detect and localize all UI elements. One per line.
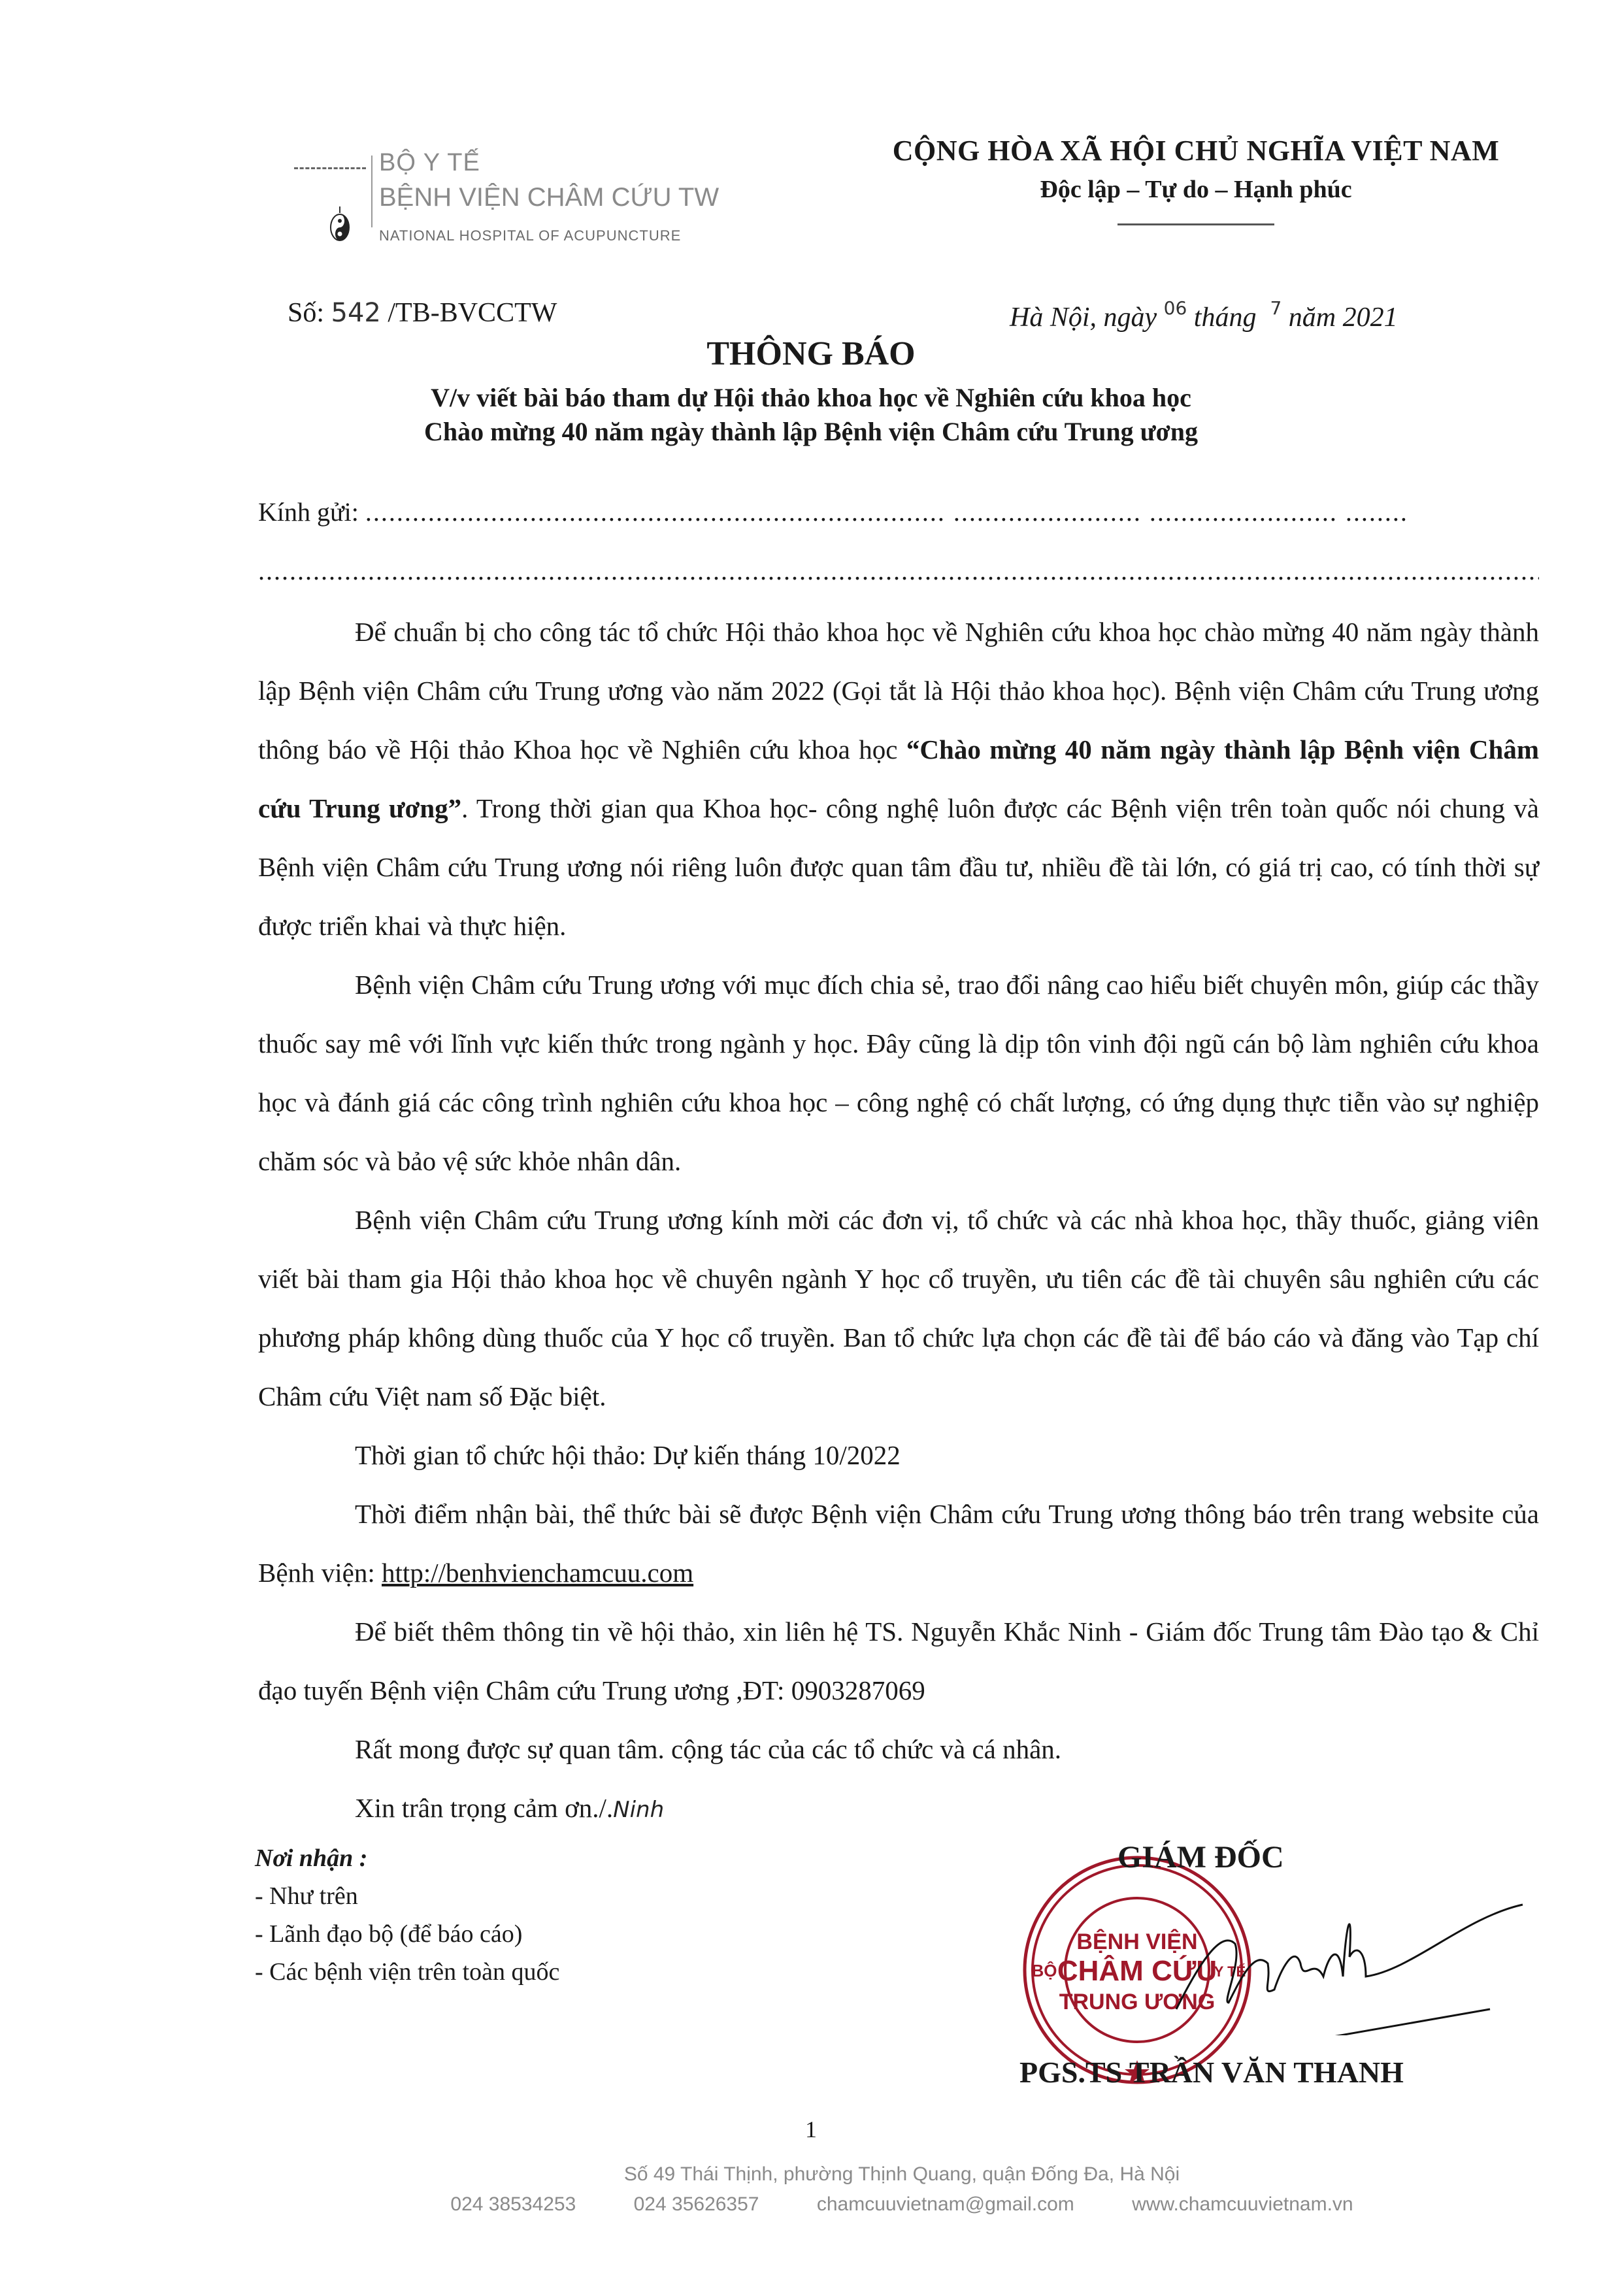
footer-phone: 024 38534253: [450, 2193, 576, 2215]
document-body: Để chuẩn bị cho công tác tổ chức Hội thả…: [258, 602, 1539, 1839]
yin-yang-icon: [328, 206, 352, 242]
date-month: 7: [1270, 297, 1282, 319]
hospital-logo-block: BỘ Y TẾ BỆNH VIỆN CHÂM CỨU TW NATIONAL H…: [288, 149, 745, 254]
number-label: Số:: [288, 298, 324, 328]
recipient-line: Kính gửi: ..............................…: [258, 497, 1408, 527]
page-footer: Số 49 Thái Thịnh, phường Thịnh Quang, qu…: [248, 2159, 1555, 2220]
logo-separator: [371, 156, 372, 227]
ministry-name: BỘ Y TẾ: [379, 149, 480, 177]
footer-email: chamcuuvietnam@gmail.com: [817, 2193, 1074, 2215]
paragraph-2: Bệnh viện Châm cứu Trung ương với mục đí…: [258, 955, 1539, 1190]
svg-text:BỘ: BỘ: [1032, 1961, 1057, 1980]
distribution-list: Nơi nhận : - Như trên - Lãnh đạo bộ (để …: [255, 1839, 559, 1991]
footer-fax: 024 35626357: [634, 2193, 759, 2215]
document-title: THÔNG BÁO: [0, 335, 1622, 373]
paragraph-3: Bệnh viện Châm cứu Trung ương kính mời c…: [258, 1190, 1539, 1426]
footer-contacts: 024 38534253 024 35626357 chamcuuvietnam…: [248, 2189, 1555, 2220]
paragraph-5: Thời điểm nhận bài, thể thức bài sẽ được…: [258, 1484, 1539, 1602]
handwritten-signature: [1150, 1878, 1529, 2035]
national-slogan: Độc lập – Tự do – Hạnh phúc: [876, 175, 1516, 204]
signer-name: PGS.TS TRẦN VĂN THANH: [1019, 2055, 1404, 2090]
website-link[interactable]: http://benhvienchamcuu.com: [382, 1558, 693, 1588]
date-year: năm 2021: [1289, 303, 1398, 333]
distribution-item: - Các bệnh viện trên toàn quốc: [255, 1953, 559, 1991]
footer-website: www.chamcuuvietnam.vn: [1132, 2193, 1353, 2215]
paraph-initials: Ninh: [613, 1797, 664, 1823]
document-date: Hà Nội, ngày 06 tháng 7 năm 2021: [1010, 297, 1398, 333]
number-suffix: /TB-BVCCTW: [388, 298, 557, 328]
country-name: CỘNG HÒA XÃ HỘI CHỦ NGHĨA VIỆT NAM: [876, 134, 1516, 167]
distribution-label: Nơi nhận :: [255, 1839, 559, 1877]
paragraph-4: Thời gian tổ chức hội thảo: Dự kiến thán…: [258, 1426, 1539, 1484]
subject-line-2: Chào mừng 40 năm ngày thành lập Bệnh việ…: [0, 415, 1622, 449]
distribution-item: - Lãnh đạo bộ (để báo cáo): [255, 1915, 559, 1953]
recipient-blank-2: ........................................…: [258, 555, 1539, 586]
date-day: 06: [1164, 297, 1187, 319]
page-number: 1: [0, 2116, 1622, 2143]
paragraph-7: Rất mong được sự quan tâm. cộng tác của …: [258, 1720, 1539, 1779]
motto-underline: [1117, 223, 1274, 225]
document-subject: V/v viết bài báo tham dự Hội thảo khoa h…: [0, 381, 1622, 449]
subject-line-1: V/v viết bài báo tham dự Hội thảo khoa h…: [0, 381, 1622, 415]
date-month-label: tháng: [1194, 303, 1257, 333]
recipient-blank: ........................................…: [365, 497, 1408, 527]
paragraph-8: Xin trân trọng cảm ơn./.Ninh: [258, 1779, 1539, 1839]
number-handwritten: 542: [331, 298, 381, 328]
national-motto: CỘNG HÒA XÃ HỘI CHỦ NGHĨA VIỆT NAM Độc l…: [876, 134, 1516, 225]
document-number: Số: 542 /TB-BVCCTW: [288, 297, 557, 329]
date-place: Hà Nội, ngày: [1010, 303, 1157, 333]
hospital-name-english: NATIONAL HOSPITAL OF ACUPUNCTURE: [379, 227, 681, 244]
distribution-item: - Như trên: [255, 1877, 559, 1915]
paragraph-1: Để chuẩn bị cho công tác tổ chức Hội thả…: [258, 602, 1539, 955]
header-divider: [294, 167, 366, 171]
hospital-name: BỆNH VIỆN CHÂM CỨU TW: [379, 183, 719, 212]
paragraph-6: Để biết thêm thông tin về hội thảo, xin …: [258, 1602, 1539, 1720]
recipient-label: Kính gửi:: [258, 497, 359, 527]
signer-role: GIÁM ĐỐC: [1117, 1839, 1284, 1875]
footer-address: Số 49 Thái Thịnh, phường Thịnh Quang, qu…: [248, 2159, 1555, 2189]
